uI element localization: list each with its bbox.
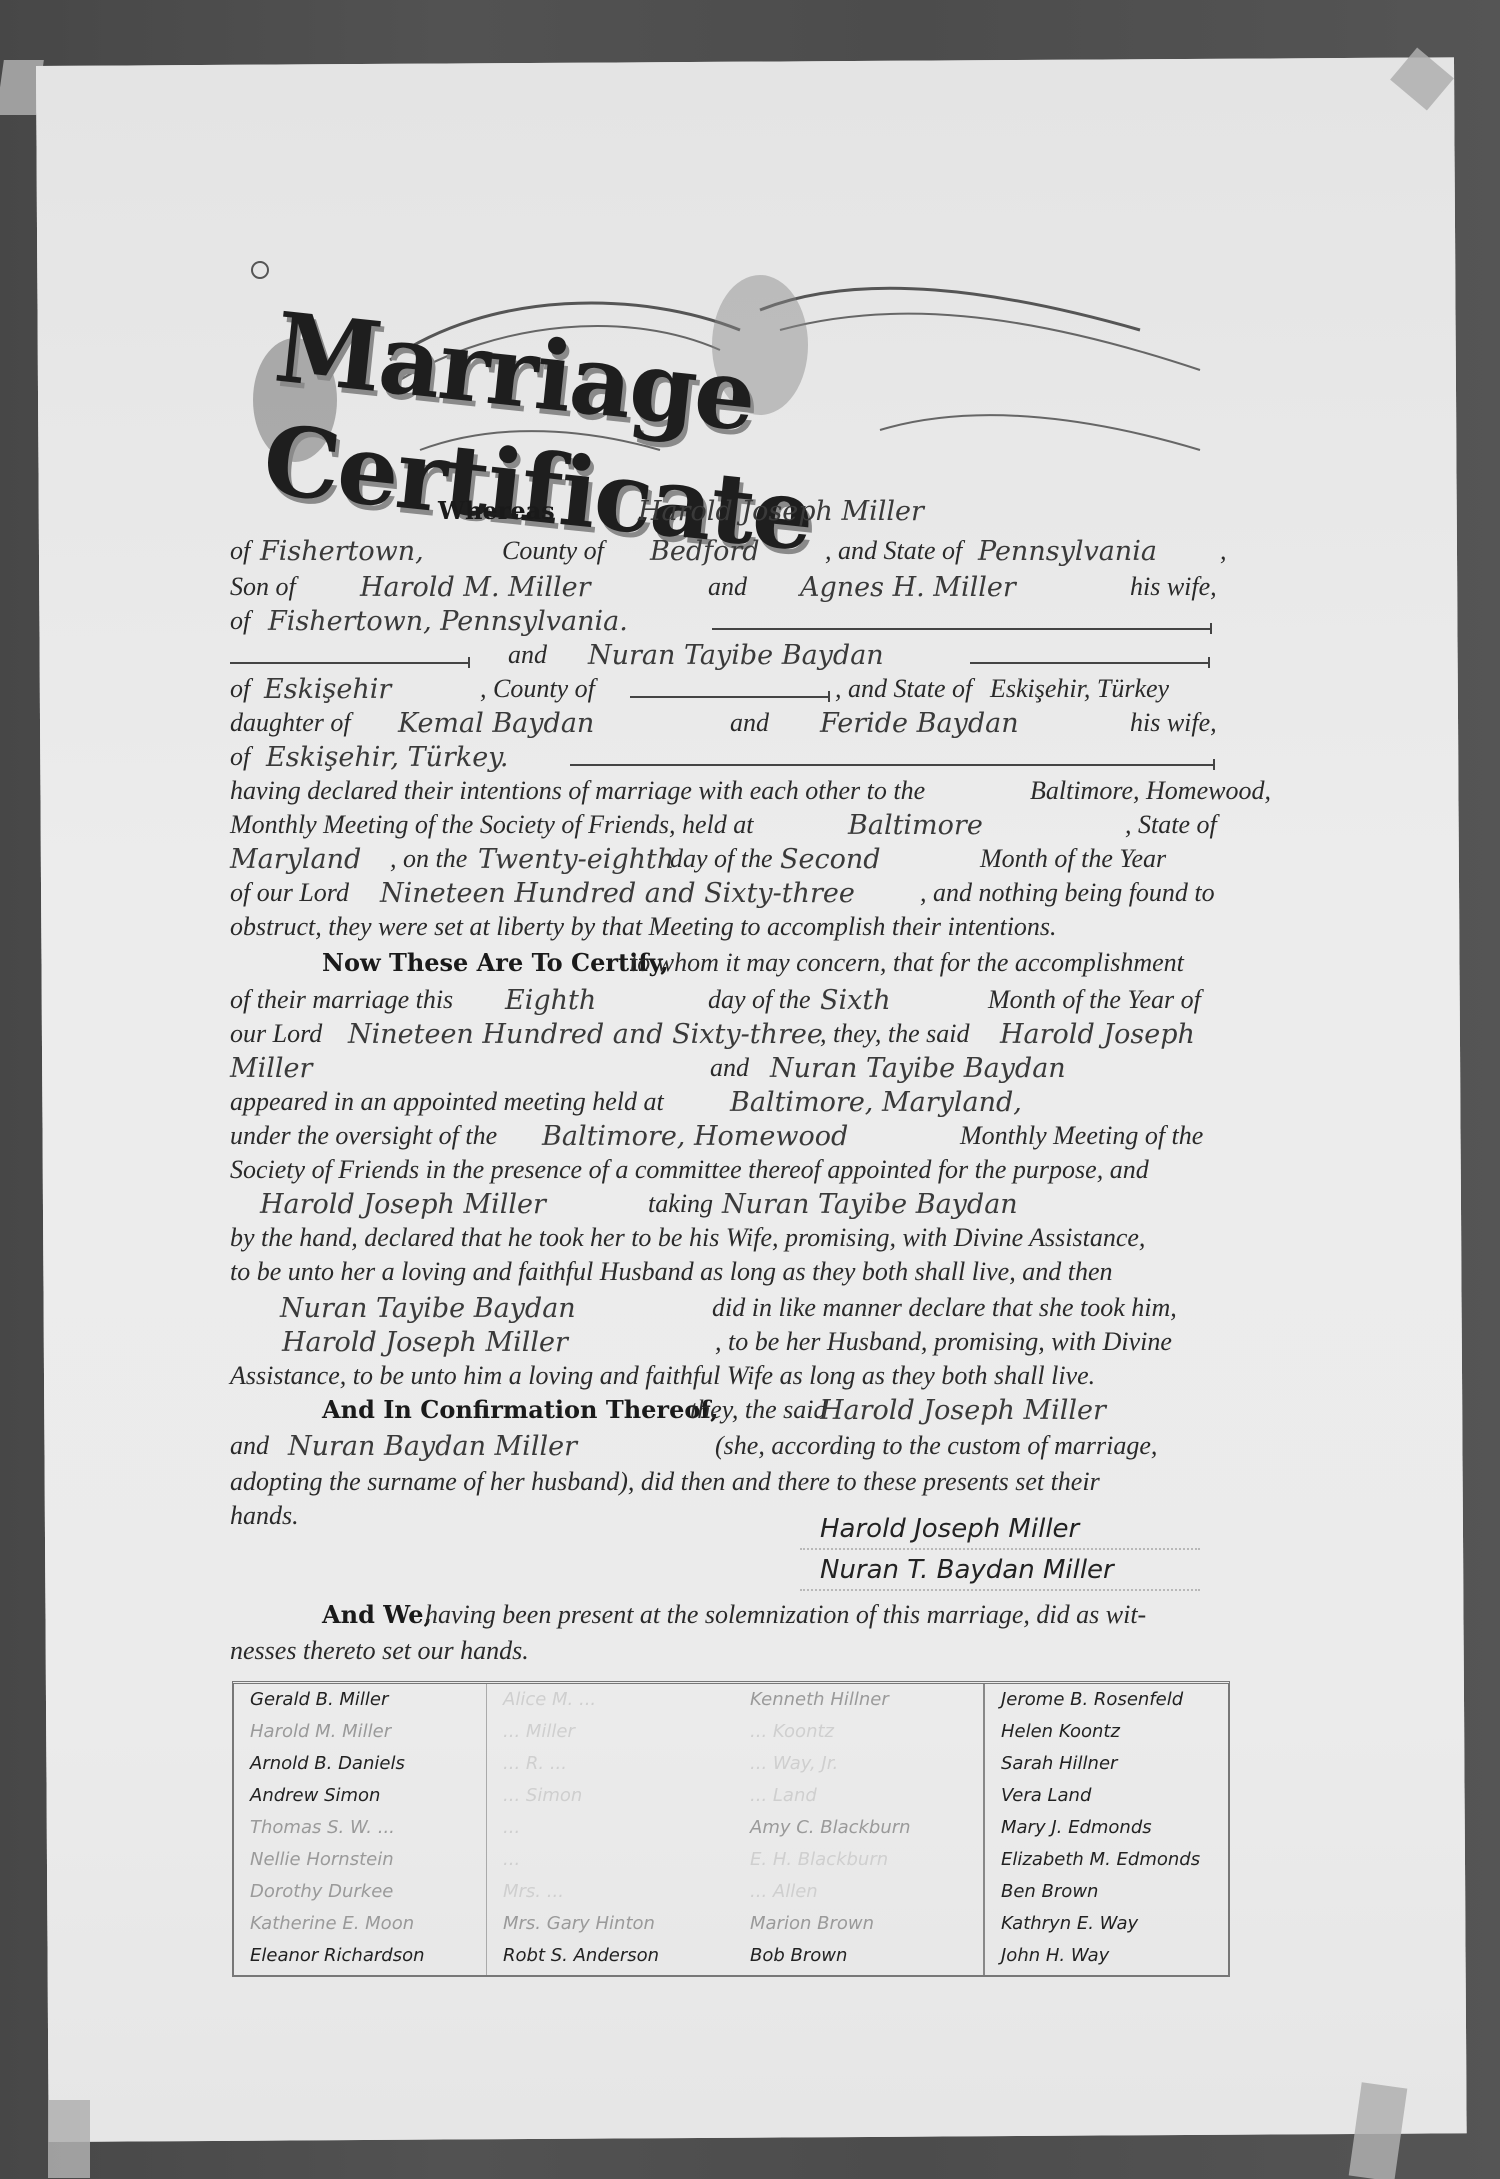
witness-signature: Dorothy Durkee (234, 1876, 484, 1908)
witness-column-2: Alice M. ... ... Miller ... R. ... ... S… (486, 1684, 735, 1975)
confirmation-heading: And In Confirmation Thereof, (322, 1395, 719, 1424)
confirmation-line-2: and Nuran Baydan Miller (she, according … (230, 1431, 1235, 1471)
bride-residence: Eskişehir, Türkey. (266, 742, 508, 773)
groom-county: Bedford (650, 536, 760, 567)
blank-rule (970, 662, 1210, 664)
certify-line-10: to be unto her a loving and faithful Hus… (230, 1257, 1235, 1297)
witness-signature: Mrs. Gary Hinton (487, 1908, 735, 1940)
marriage-year: Nineteen Hundred and Sixty-three (348, 1019, 823, 1050)
witness-signature: Jerome B. Rosenfeld (985, 1684, 1232, 1716)
witness-signature: ... Miller (487, 1716, 735, 1748)
meeting-place: Baltimore, Maryland, (730, 1087, 1022, 1118)
witness-signature: Kenneth Hillner (734, 1684, 982, 1716)
witness-signature: Nellie Hornstein (234, 1844, 484, 1876)
witness-signature: ... (487, 1812, 735, 1844)
blank-rule (230, 662, 470, 664)
bride-name: Nuran Tayibe Baydan (588, 640, 884, 671)
held-at-city: Baltimore (848, 810, 983, 841)
groom-origin-line: of Fishertown, County of Bedford , and S… (230, 536, 1235, 576)
witness-column-1: Gerald B. Miller Harold M. Miller Arnold… (234, 1684, 484, 1975)
witness-signature: Kathryn E. Way (985, 1908, 1232, 1940)
witness-signature: Vera Land (985, 1780, 1232, 1812)
witness-column-4: Jerome B. Rosenfeld Helen Koontz Sarah H… (983, 1684, 1232, 1975)
witness-signature: Amy C. Blackburn (734, 1812, 982, 1844)
witness-intro-line-2: nesses thereto set our hands. (230, 1636, 1235, 1676)
intentions-line-5: obstruct, they were set at liberty by th… (230, 912, 1235, 952)
witness-signature: Arnold B. Daniels (234, 1748, 484, 1780)
bride-father: Kemal Baydan (398, 708, 594, 739)
bride-mother: Feride Baydan (820, 708, 1019, 739)
witness-signature: Elizabeth M. Edmonds (985, 1844, 1232, 1876)
witness-signature: ... Land (734, 1780, 982, 1812)
held-at-state: Maryland (230, 844, 361, 875)
bride-married-name: Nuran Baydan Miller (288, 1431, 577, 1462)
witness-signature: Mrs. ... (487, 1876, 735, 1908)
groom-signature: Harold Joseph Miller (800, 1514, 1200, 1550)
witness-signature-table: Gerald B. Miller Harold M. Miller Arnold… (232, 1681, 1230, 1977)
intentions-day: Twenty-eighth (478, 844, 674, 875)
groom-name: Harold Joseph Miller (638, 496, 924, 527)
witness-signature: ... Koontz (734, 1716, 982, 1748)
witness-signature: Eleanor Richardson (234, 1940, 484, 1972)
certify-heading: Now These Are To Certify, (322, 948, 669, 977)
witness-signature: Robt S. Anderson (487, 1940, 735, 1972)
groom-mother: Agnes H. Miller (800, 572, 1016, 603)
witness-signature: E. H. Blackburn (734, 1844, 982, 1876)
monthly-meeting-name: Baltimore, Homewood (542, 1121, 848, 1152)
whereas-line: Whereas Harold Joseph Miller (230, 496, 1235, 536)
witness-signature: Sarah Hillner (985, 1748, 1232, 1780)
witness-column-3: Kenneth Hillner ... Koontz ... Way, Jr. … (734, 1684, 982, 1975)
witness-signature: Alice M. ... (487, 1684, 735, 1716)
groom-town: Fishertown, (260, 536, 424, 567)
witness-signature: Bob Brown (734, 1940, 982, 1972)
witness-signature: ... R. ... (487, 1748, 735, 1780)
witness-signature: ... Allen (734, 1876, 982, 1908)
witness-signature: Marion Brown (734, 1908, 982, 1940)
certificate-header: Marriage Certificate (240, 250, 1230, 480)
witness-signature: Ben Brown (985, 1876, 1232, 1908)
witness-signature: John H. Way (985, 1940, 1232, 1972)
bride-town: Eskişehir (264, 674, 391, 705)
witness-signature: Katherine E. Moon (234, 1908, 484, 1940)
bride-signature: Nuran T. Baydan Miller (800, 1555, 1200, 1591)
witness-signature: ... Way, Jr. (734, 1748, 982, 1780)
witness-signature: Mary J. Edmonds (985, 1812, 1232, 1844)
bride-state: Eskişehir, Türkey (990, 674, 1169, 704)
witness-signature: ... Simon (487, 1780, 735, 1812)
witness-signature: Helen Koontz (985, 1716, 1232, 1748)
blank-rule (630, 696, 830, 698)
tape-bottom-left (48, 2100, 90, 2178)
witness-signature: Thomas S. W. ... (234, 1812, 484, 1844)
blank-rule (570, 764, 1215, 766)
witness-signature: ... (487, 1844, 735, 1876)
witness-signature: Harold M. Miller (234, 1716, 484, 1748)
marriage-month: Sixth (820, 985, 891, 1016)
witness-heading: And We, (322, 1600, 432, 1629)
witness-intro-line-1: And We, having been present at the solem… (230, 1600, 1235, 1640)
intentions-year: Nineteen Hundred and Sixty-three (380, 878, 855, 909)
groom-father: Harold M. Miller (360, 572, 591, 603)
confirmation-line-1: And In Confirmation Thereof, they, the s… (230, 1395, 1235, 1435)
marriage-day: Eighth (505, 985, 596, 1016)
witness-signature: Gerald B. Miller (234, 1684, 484, 1716)
groom-state: Pennsylvania (978, 536, 1157, 567)
certify-line-1: Now These Are To Certify, to whom it may… (230, 948, 1235, 988)
groom-residence: Fishertown, Pennsylvania. (268, 606, 628, 637)
blank-rule (712, 628, 1212, 630)
witness-signature: Andrew Simon (234, 1780, 484, 1812)
intentions-month: Second (780, 844, 881, 875)
whereas-label: Whereas (438, 496, 555, 525)
